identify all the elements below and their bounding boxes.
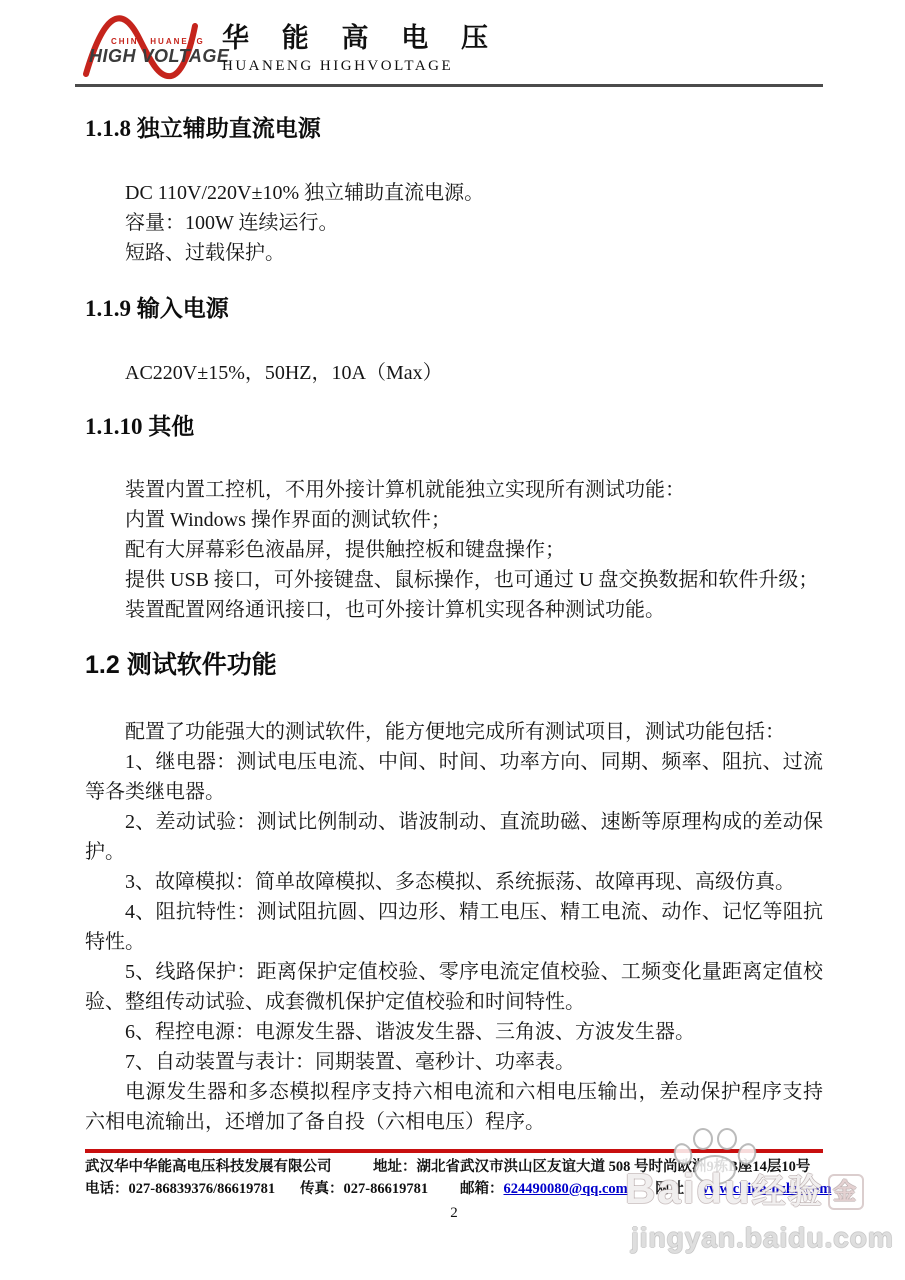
section-title-1-2: 1.2 测试软件功能 [85, 650, 823, 680]
coin-icon: 金 [828, 1174, 864, 1210]
footer-email-label: 邮箱： [460, 1181, 504, 1197]
footer-phone-value: 027-86839376/86619781 [129, 1181, 276, 1197]
section-title-1-1-8: 1.1.8 独立辅助直流电源 [85, 115, 823, 143]
paragraph: DC 110V/220V±10% 独立辅助直流电源。 [85, 178, 823, 208]
paragraph: 1、继电器：测试电压电流、中间、时间、功率方向、同期、频率、阻抗、过流等各类继电… [85, 747, 823, 807]
company-logo: CHINA HUANENG HIGH VOLTAGE [81, 10, 217, 80]
paragraph: 6、程控电源：电源发生器、谐波发生器、三角波、方波发生器。 [85, 1017, 823, 1047]
footer-address-label: 地址： [373, 1159, 417, 1175]
paragraph: 电源发生器和多态模拟程序支持六相电流和六相电压输出，差动保护程序支持六相电流输出… [85, 1077, 823, 1137]
document-body: 1.1.8 独立辅助直流电源 DC 110V/220V±10% 独立辅助直流电源… [0, 115, 905, 1137]
paragraph: 配置了功能强大的测试软件，能方便地完成所有测试项目，测试功能包括： [85, 717, 823, 747]
paragraph: 容量：100W 连续运行。 [85, 208, 823, 238]
paragraph: 装置配置网络通讯接口，也可外接计算机实现各种测试功能。 [85, 595, 823, 625]
footer-website-label: 网址： [655, 1181, 699, 1197]
paragraph: AC220V±15%，50HZ，10A（Max） [85, 358, 823, 388]
paragraph: 5、线路保护：距离保护定值校验、零序电流定值校验、工频变化量距离定值校验、整组传… [85, 957, 823, 1017]
paragraph: 4、阻抗特性：测试阻抗圆、四边形、精工电压、精工电流、动作、记忆等阻抗特性。 [85, 897, 823, 957]
footer-fax: 传真：027-86619781 [300, 1178, 460, 1200]
section-title-1-1-10: 1.1.10 其他 [85, 413, 823, 441]
paragraph: 短路、过载保护。 [85, 238, 823, 268]
footer-phone-label: 电话： [85, 1181, 129, 1197]
company-name-cn: 华 能 高 电 压 [222, 16, 501, 55]
footer-address: 地址：湖北省武汉市洪山区友谊大道 508 号时尚欧洲9栋B座14层10号 [373, 1156, 810, 1178]
logo-big-text: HIGH VOLTAGE [89, 46, 229, 67]
paragraph: 2、差动试验：测试比例制动、谐波制动、直流助磁、速断等原理构成的差动保护。 [85, 807, 823, 867]
paragraph: 装置内置工控机，不用外接计算机就能独立实现所有测试功能： [85, 475, 823, 505]
paragraph: 配有大屏幕彩色液晶屏，提供触控板和键盘操作； [85, 535, 823, 565]
page-footer: 武汉华中华能高电压科技发展有限公司 地址：湖北省武汉市洪山区友谊大道 508 号… [85, 1156, 823, 1224]
paragraph: 3、故障模拟：简单故障模拟、多态模拟、系统振荡、故障再现、高级仿真。 [85, 867, 823, 897]
footer-email: 邮箱：624490080@qq.com [460, 1178, 655, 1200]
logo-small-text: CHINA HUANENG [111, 37, 205, 46]
footer-fax-value: 027-86619781 [344, 1181, 429, 1197]
brand-block: 华 能 高 电 压 HUANENG HIGHVOLTAGE [222, 16, 501, 75]
document-page: CHINA HUANENG HIGH VOLTAGE 华 能 高 电 压 HUA… [0, 0, 905, 1280]
paragraph: 7、自动装置与表计：同期装置、毫秒计、功率表。 [85, 1047, 823, 1077]
watermark-url-text: jingyan.baidu.com [631, 1222, 894, 1254]
paragraph: 内置 Windows 操作界面的测试软件； [85, 505, 823, 535]
footer-email-link[interactable]: 624490080@qq.com [504, 1181, 628, 1197]
section-title-1-1-9: 1.1.9 输入电源 [85, 295, 823, 323]
footer-address-value: 湖北省武汉市洪山区友谊大道 508 号时尚欧洲9栋B座14层10号 [417, 1159, 811, 1175]
footer-website-link[interactable]: www.china-nzhn.com [699, 1181, 832, 1197]
page-header: CHINA HUANENG HIGH VOLTAGE 华 能 高 电 压 HUA… [75, 0, 823, 87]
company-name-en: HUANENG HIGHVOLTAGE [222, 58, 501, 75]
footer-fax-label: 传真： [300, 1181, 344, 1197]
footer-divider [85, 1149, 823, 1153]
paragraph: 提供 USB 接口，可外接键盘、鼠标操作，也可通过 U 盘交换数据和软件升级； [85, 565, 823, 595]
footer-website: 网址：www.china-nzhn.com [655, 1178, 831, 1200]
footer-phone: 电话：027-86839376/86619781 [85, 1178, 300, 1200]
footer-company-name: 武汉华中华能高电压科技发展有限公司 [85, 1156, 373, 1178]
page-number: 2 [85, 1202, 823, 1224]
